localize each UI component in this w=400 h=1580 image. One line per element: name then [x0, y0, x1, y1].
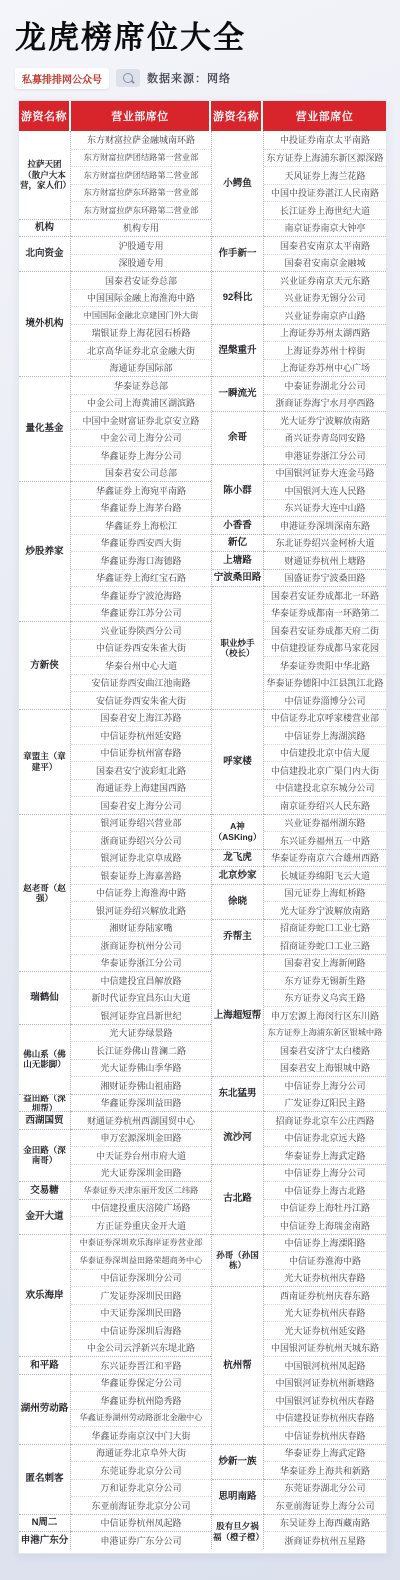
hot-money-name: 龙飞虎: [212, 849, 264, 867]
hot-money-name: 思明南路: [212, 1479, 264, 1514]
page: 龙虎榜席位大全 私募排排网公众号 数据来源：网络 游资名称 营业部席位 游资名称…: [0, 0, 400, 1554]
seat-cell: 中信证券北京呼家楼营业部: [264, 709, 386, 727]
table-column-left: 拉萨天团（散户大本营，家人们）东方财富拉萨金融城南环路东方财富拉萨团结路第一营业…: [19, 131, 211, 1549]
hot-money-name: 量化基金: [19, 376, 71, 481]
hot-money-name: 西湖国贸: [19, 1111, 71, 1129]
seat-cell: 中信证券上海溧阳路: [264, 1234, 386, 1252]
seat-cell: 中信建投北京中信大厦: [264, 744, 386, 762]
seat-cell: 兴业证券福州湖东路: [264, 814, 386, 832]
seat-cell: 国泰君安证券成都北一环路: [264, 586, 386, 604]
seat-cell: 光大证券杭州庆春路: [264, 1269, 386, 1287]
hot-money-name: 赵老哥（赵强）: [19, 814, 71, 972]
seat-cell: 国泰君安上海银城中路: [264, 1059, 386, 1077]
seat-cell: 华鑫证券西安西大街: [71, 534, 211, 552]
hot-money-name: 陈小群: [212, 464, 264, 517]
seat-cell: 中信证券淮海中路: [264, 1251, 386, 1269]
seat-cell: 光大证券宁波解放南路: [264, 901, 386, 919]
seat-cell: 安信证券西安曲江池南路: [71, 674, 211, 692]
seat-cell: 华泰证券贵阳中华北路: [264, 656, 386, 674]
page-title: 龙虎榜席位大全: [0, 0, 400, 57]
hot-money-name: 流沙河: [212, 1111, 264, 1164]
hot-money-name: 92科比: [212, 271, 264, 324]
header-cell-seat-right: 营业部席位: [263, 101, 386, 131]
seat-cell: 中国银河大连人民路: [264, 481, 386, 499]
seat-cell: 中信证券上海古北路: [264, 1181, 386, 1199]
seat-cell: 中信证券深圳分公司: [71, 1269, 211, 1287]
seat-cell: 华泰证券上海武定路: [264, 1444, 386, 1462]
hot-money-name: 小鳄鱼: [212, 131, 264, 236]
seat-cell: 华鑫证券深圳益田路: [71, 1094, 211, 1112]
hot-money-name: 孙哥（孙国栋）: [212, 1234, 264, 1287]
seat-cell: 国泰君安济宁太白楼路: [264, 1041, 386, 1059]
seat-cell: 中信证券上海瑞金南路: [264, 1216, 386, 1234]
hot-money-name: 交易糖: [19, 1181, 71, 1199]
seat-cell: 东兴证券大连中山路: [264, 499, 386, 517]
seat-cell: 中金公司上海黄浦区湖滨路: [71, 394, 211, 412]
seat-cell: 甬兴证券青岛同安路: [264, 429, 386, 447]
hot-money-name: 申港广东分: [19, 1531, 71, 1549]
seat-cell: 海通证券北京阜外大街: [71, 1444, 211, 1462]
seat-cell: 湘财证券佛山祖庙路: [71, 1076, 211, 1094]
seat-cell: 国泰君安宁波彩虹北路: [71, 761, 211, 779]
seat-cell: 广发证券深圳民田路: [71, 1286, 211, 1304]
seat-cell: 华泰证券深圳益田路荣超商务中心: [71, 1251, 211, 1269]
hot-money-name: 金田路（深南哥）: [19, 1129, 71, 1182]
hot-money-name: 乔帮主: [212, 919, 264, 954]
seat-cell: 中金公司云浮新兴东堤北路: [71, 1339, 211, 1357]
seat-cell: 国泰君安南京太平南路: [264, 236, 386, 254]
seat-cell: 中信证券杭州凤起路: [71, 1514, 211, 1532]
seat-cell: 国泰君安南京金融城: [264, 254, 386, 272]
seat-cell: 海通证券上海建国西路: [71, 779, 211, 797]
seat-cell: 华鑫证券海口海德路: [71, 551, 211, 569]
hot-money-name: 境外机构: [19, 271, 71, 376]
seat-cell: 兴业证券南京天元东路: [264, 271, 386, 289]
hot-money-name: 欢乐海岸: [19, 1234, 71, 1357]
seat-cell: 东北证券绍兴金柯桥大道: [264, 534, 386, 552]
seat-cell: 中国国际金融上海淮海中路: [71, 289, 211, 307]
info-bar: 私募排排网公众号 数据来源：网络: [15, 68, 400, 88]
seat-cell: 机构专用: [71, 219, 211, 237]
seat-cell: 中天证券台州市府大道: [71, 1146, 211, 1164]
hot-money-name: 呼家楼: [212, 709, 264, 814]
seat-cell: 华泰证券上海共和新路: [264, 1461, 386, 1479]
hot-money-name: 涅槃重升: [212, 324, 264, 377]
seat-cell: 浙商证券绍兴分公司: [71, 831, 211, 849]
seat-cell: 东兴证券晋江和平路: [71, 1356, 211, 1374]
seat-cell: 中信建投证券杭州庆春路: [264, 1409, 386, 1427]
seat-cell: 华鑫证券上海分公司: [71, 446, 211, 464]
seat-cell: 中国银河杭州凤起路: [264, 1356, 386, 1374]
seat-cell: 兴业证券南京庐山路: [264, 306, 386, 324]
seat-cell: 申港证券浙江分公司: [264, 446, 386, 464]
magnifier-glyph: [123, 73, 133, 83]
seat-cell: 中信建投宜昌解放路: [71, 971, 211, 989]
seat-cell: 华鑫证券宁波沧海路: [71, 586, 211, 604]
seat-cell: 万和证券北京分公司: [71, 1479, 211, 1497]
seat-cell: 中信证券杭州延安路: [71, 726, 211, 744]
seat-cell: 中信建投重庆涪陵广场路: [71, 1199, 211, 1217]
seat-cell: 国泰君安证券成都天府二街: [264, 621, 386, 639]
seat-cell: 东方财富拉萨东环路第二营业部: [71, 201, 211, 219]
seat-cell: 中信建投证券成都马家花园: [264, 639, 386, 657]
hot-money-name: 新亿: [212, 534, 264, 552]
seat-cell: 光大证券深圳金田路: [71, 1164, 211, 1182]
seat-cell: 银河证券北京阜成路: [71, 849, 211, 867]
seat-cell: 中金公司上海分公司: [71, 429, 211, 447]
seat-cell: 中信证券北京远大路: [264, 1129, 386, 1147]
table-body: 拉萨天团（散户大本营，家人们）东方财富拉萨金融城南环路东方财富拉萨团结路第一营业…: [19, 131, 386, 1549]
seat-cell: 银河证券绍兴解放北路: [71, 901, 211, 919]
seat-cell: 东方证券无锡新生路: [264, 971, 386, 989]
seat-cell: 中信证券上海湖滨路: [264, 726, 386, 744]
seat-cell: 东亚前海证券北京分公司: [71, 1496, 211, 1514]
seat-cell: 华鑫证券上海茅台路: [71, 499, 211, 517]
seat-cell: 申港证券广东分公司: [71, 1531, 211, 1549]
hot-money-name: 北向资金: [19, 236, 71, 271]
hot-money-name: 炒股养家: [19, 481, 71, 621]
seat-cell: 中国银河证券杭州庆春路: [264, 1391, 386, 1409]
seat-cell: 南京证券南京大钟亭: [264, 219, 386, 237]
seat-cell: 国泰君安上海新闸路: [264, 954, 386, 972]
seat-cell: 华泰证券天津东丽开发区二纬路: [71, 1181, 211, 1199]
hot-money-name: 宁波桑田路: [212, 569, 264, 587]
seat-cell: 中国银河证券大连金马路: [264, 464, 386, 482]
seat-cell: 中国银河证券杭州天城东路: [264, 1339, 386, 1357]
hot-money-name: 湖州劳动路: [19, 1374, 71, 1444]
seat-cell: 中泰证券湖北分公司: [264, 376, 386, 394]
hot-money-name: 北京炒家: [212, 866, 264, 884]
seat-cell: 东方财富拉萨团结路第二营业部: [71, 166, 211, 184]
hot-money-name: 益田路（深圳帮）: [19, 1094, 71, 1112]
seat-cell: 中天证券深圳民田路: [71, 1304, 211, 1322]
seat-cell: 北京高华证券北京金融大街: [71, 341, 211, 359]
seat-cell: 中国银河证券杭州新塘路: [264, 1374, 386, 1392]
hot-money-name: 一瞬流光: [212, 376, 264, 411]
hot-money-name: 上海超短帮: [212, 954, 264, 1077]
seat-cell: 东方证券上海浦东新区源深路: [264, 149, 386, 167]
seat-cell: 中信证券杭州富春路: [71, 744, 211, 762]
seat-cell: 银河证券绍兴营业部: [71, 814, 211, 832]
seat-cell: 天风证券上海兰花路: [264, 166, 386, 184]
seat-cell: 中投证券南京太平南路: [264, 131, 386, 149]
seat-cell: 瑞银证券上海花园石桥路: [71, 324, 211, 342]
seat-cell: 方正证券重庆金开大道: [71, 1216, 211, 1234]
seat-cell: 光大证券杭州延安路: [264, 1321, 386, 1339]
hot-money-name: 股有旦夕祸福（橙子橙）: [212, 1514, 264, 1549]
seat-cell: 中国中金财富证券北京安立路: [71, 411, 211, 429]
seat-cell: 申港证券深圳深南东路: [264, 516, 386, 534]
hot-money-name: 金开大道: [19, 1199, 71, 1234]
seat-cell: 华鑫证券杭州隐秀路: [71, 1391, 211, 1409]
hot-money-name: 匿名刺客: [19, 1444, 71, 1514]
seat-cell: 浙商证券杭州五星路: [264, 1531, 386, 1549]
search-icon: [116, 69, 140, 87]
hot-money-name: 佛山系（佛山无影脚）: [19, 1024, 71, 1094]
hot-money-name: A神（ASKing）: [212, 814, 264, 849]
seat-cell: 海通证券国际部: [71, 359, 211, 377]
hot-money-name: 瑞鹤仙: [19, 971, 71, 1024]
seat-cell: 长江证券上海世纪大道: [264, 201, 386, 219]
table-column-right: 小鳄鱼中投证券南京太平南路东方证券上海浦东新区源深路天风证券上海兰花路中国中投证…: [211, 131, 386, 1549]
hot-money-name: 职业炒手（校长）: [212, 586, 264, 709]
seat-cell: 中信证券淄博分公司: [264, 691, 386, 709]
seat-cell: 银泰证券上海嘉善路: [71, 866, 211, 884]
seat-cell: 上海证券苏州太湖西路: [264, 324, 386, 342]
seat-cell: 国泰君安上海江苏路: [71, 709, 211, 727]
seat-cell: 财通证券杭州上塘路: [264, 551, 386, 569]
seat-cell: 沪股通专用: [71, 236, 211, 254]
hot-money-name: 东北猛男: [212, 1076, 264, 1111]
seat-cell: 东莞证券北京分公司: [71, 1461, 211, 1479]
seat-cell: 中信证券上海牡丹江路: [264, 1199, 386, 1217]
seat-cell: 东莞证券湖北分公司: [264, 1479, 386, 1497]
seat-cell: 国元证券上海虹桥路: [264, 884, 386, 902]
hot-money-name: 机构: [19, 219, 71, 237]
seat-cell: 浙商证券海宁水月亭西路: [264, 394, 386, 412]
seat-cell: 中信证券深圳后海路: [71, 1321, 211, 1339]
seat-cell: 华鑫证券上海红宝石路: [71, 569, 211, 587]
seat-cell: 东吴证券上海西藏南路: [264, 1514, 386, 1532]
data-source-note: 数据来源：网络: [147, 70, 231, 86]
seat-cell: 安信证券西安朱雀大街: [71, 691, 211, 709]
seat-cell: 中信证券上海分公司: [264, 1164, 386, 1182]
seat-cell: 国泰君安证券总部: [71, 271, 211, 289]
seat-cell: 中信建投北京广渠门内大街: [264, 761, 386, 779]
seat-cell: 银河证券宜昌新世纪: [71, 1006, 211, 1024]
hot-money-name: N周二: [19, 1514, 71, 1532]
seat-cell: 中信证券上海分公司: [264, 1076, 386, 1094]
seat-cell: 东方证券义乌宾王路: [264, 989, 386, 1007]
table-header: 游资名称 营业部席位 游资名称 营业部席位: [19, 101, 386, 131]
header-cell-name-right: 游资名称: [211, 101, 263, 131]
hot-money-name: 杭州帮: [212, 1286, 264, 1444]
seat-cell: 中信证券杭州庆春路: [264, 1426, 386, 1444]
hot-money-name: 章盟主（章建平）: [19, 709, 71, 814]
seat-cell: 东方财富拉萨金融城南环路: [71, 131, 211, 149]
seat-cell: 招商证券蛇口工业三路: [264, 936, 386, 954]
hot-money-name: 方新侠: [19, 621, 71, 709]
seat-table: 游资名称 营业部席位 游资名称 营业部席位 拉萨天团（散户大本营，家人们）东方财…: [18, 100, 387, 1554]
seat-cell: 财通证券杭州西湖国贸中心: [71, 1111, 211, 1129]
seat-cell: 华泰证券浙江分公司: [71, 954, 211, 972]
hot-money-name: 上塘路: [212, 551, 264, 569]
brand-badge: 私募排排网公众号: [15, 68, 109, 89]
seat-cell: 中泰证券深圳欢乐海岸证券营业部: [71, 1234, 211, 1252]
seat-cell: 东方财富拉萨团结路第一营业部: [71, 149, 211, 167]
seat-cell: 华鑫证券上海松江: [71, 516, 211, 534]
seat-cell: 光大证券佛山季华路: [71, 1059, 211, 1077]
seat-cell: 新时代证券宜昌东山大道: [71, 989, 211, 1007]
header-cell-seat-left: 营业部席位: [71, 101, 211, 131]
seat-cell: 湘财证券陆家嘴: [71, 919, 211, 937]
hot-money-name: 拉萨天团（散户大本营，家人们）: [19, 131, 71, 219]
seat-cell: 华鑫证券南京汉中门大街: [71, 1426, 211, 1444]
seat-cell: 华泰证券南京六合雄州西路: [264, 849, 386, 867]
seat-cell: 光大证券杭州庆春路: [264, 1304, 386, 1322]
seat-cell: 华泰证券上海武定路: [264, 1146, 386, 1164]
seat-cell: 华泰证券德阳中江县凯江北路: [264, 674, 386, 692]
seat-cell: 华鑫证券江苏分公司: [71, 604, 211, 622]
seat-cell: 中国中投证券湛江人民南路: [264, 184, 386, 202]
header-cell-name-left: 游资名称: [19, 101, 71, 131]
seat-cell: 招商证券蛇口工业七路: [264, 919, 386, 937]
seat-cell: 国泰君安上海分公司: [71, 796, 211, 814]
seat-cell: 上海证券苏州中心广场: [264, 359, 386, 377]
hot-money-name: 作手新一: [212, 236, 264, 271]
seat-cell: 东亚前海证券上海分公司: [264, 1496, 386, 1514]
seat-cell: 国泰君安公司总部: [71, 464, 211, 482]
seat-cell: 东方财富拉萨东环路第一营业部: [71, 184, 211, 202]
seat-cell: 兴业证券无锡分公司: [264, 289, 386, 307]
seat-cell: 光大证券绿景路: [71, 1024, 211, 1042]
seat-cell: 东兴证券福州五一中路: [264, 831, 386, 849]
seat-cell: 中信证券西安朱雀大街: [71, 639, 211, 657]
seat-cell: 南京证券绍兴人民东路: [264, 796, 386, 814]
hot-money-name: 余哥: [212, 411, 264, 464]
seat-cell: 中国国际金融北京建国门外大街: [71, 306, 211, 324]
seat-cell: 兴业证券陕西分公司: [71, 621, 211, 639]
seat-cell: 上海证券苏州十梓街: [264, 341, 386, 359]
seat-cell: 国盛证券宁波桑田路: [264, 569, 386, 587]
hot-money-name: 徐晓: [212, 884, 264, 919]
hot-money-name: 小香香: [212, 516, 264, 534]
seat-cell: 华泰证券成都南一环路第二: [264, 604, 386, 622]
seat-cell: 华泰证券总部: [71, 376, 211, 394]
seat-cell: 华泰台州中心大道: [71, 656, 211, 674]
seat-cell: 招商证券北京车公庄西路: [264, 1111, 386, 1129]
seat-cell: 中信建投北京东城分公司: [264, 779, 386, 797]
seat-cell: 申万宏源深圳金田路: [71, 1129, 211, 1147]
seat-cell: 申万宏源上海闵行区东川路: [264, 1006, 386, 1024]
seat-cell: 华鑫证券湖州劳动路浙北金融中心: [71, 1409, 211, 1427]
hot-money-name: 炒新一族: [212, 1444, 264, 1479]
seat-cell: 中信证券上海淮海中路: [71, 884, 211, 902]
seat-cell: 长江证券佛山普澜二路: [71, 1041, 211, 1059]
seat-cell: 深股通专用: [71, 254, 211, 272]
seat-cell: 光大证券宁波解放南路: [264, 411, 386, 429]
seat-cell: 西南证券杭州庆春东路: [264, 1286, 386, 1304]
hot-money-name: 古北路: [212, 1164, 264, 1234]
seat-cell: 东方证券上海浦东新区银城中路: [264, 1024, 386, 1042]
seat-cell: 长城证券绵阳飞云大道: [264, 866, 386, 884]
seat-cell: 浙商证券杭州分公司: [71, 936, 211, 954]
seat-cell: 广发证券辽阳民主路: [264, 1094, 386, 1112]
seat-cell: 华鑫证券上海宛平南路: [71, 481, 211, 499]
hot-money-name: 和平路: [19, 1356, 71, 1374]
seat-cell: 华鑫证券保定分公司: [71, 1374, 211, 1392]
